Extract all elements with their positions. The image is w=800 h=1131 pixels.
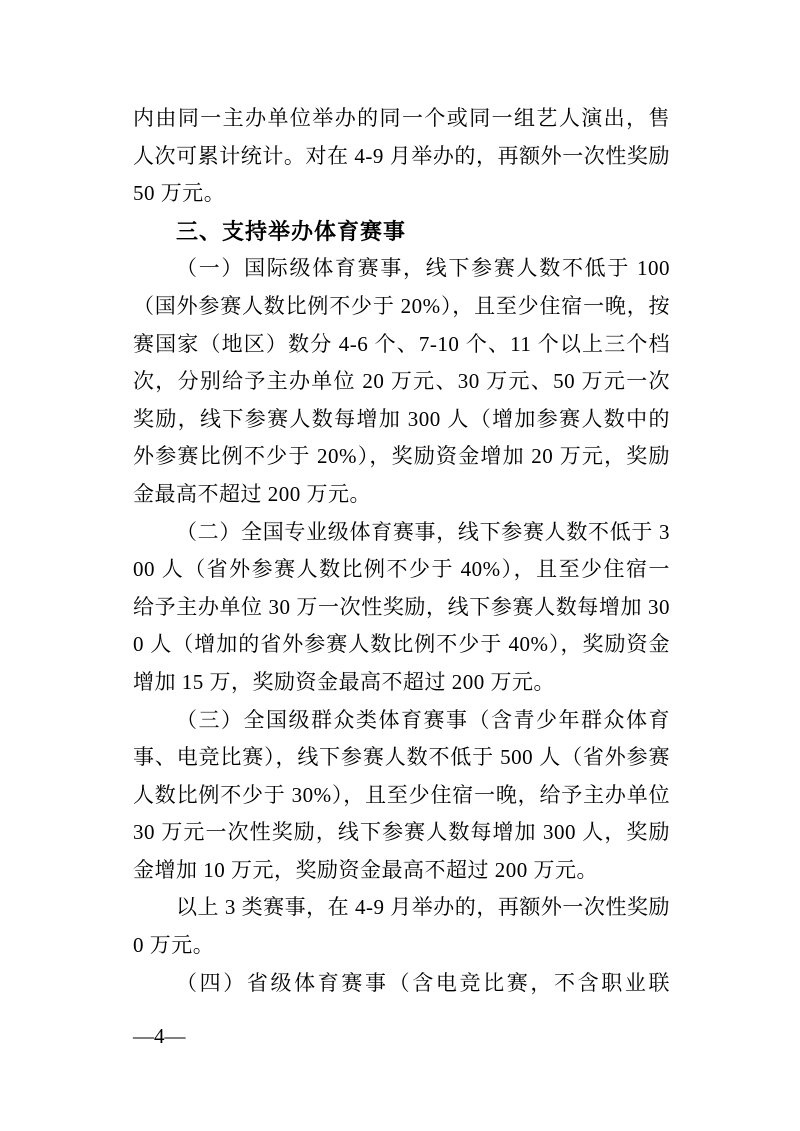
body-text-line: 0 人（增加的省外参赛人数比例不少于 40%），奖励资金 xyxy=(133,626,670,664)
body-text-line: 金增加 10 万元，奖励资金最高不超过 200 万元。 xyxy=(133,852,670,890)
body-text-line: 事、电竞比赛），线下参赛人数不低于 500 人（省外参赛 xyxy=(133,739,670,777)
body-text-line: 00 人（省外参赛人数比例不少于 40%），且至少住宿一晚， xyxy=(133,551,670,589)
body-text-line: 30 万元一次性奖励，线下参赛人数每增加 300 人，奖励资 xyxy=(133,814,670,852)
body-text-line: 赛国家（地区）数分 4-6 个、7-10 个、11 个以上三个档 xyxy=(133,326,670,364)
section-heading-line: 三、支持举办体育赛事 xyxy=(133,213,670,251)
document-page: 内由同一主办单位举办的同一个或同一组艺人演出，售票人次可累计统计。对在 4-9 … xyxy=(0,0,800,1131)
body-text-line: 金最高不超过 200 万元。 xyxy=(133,476,670,514)
body-text-line: （四）省级体育赛事（含电竞比赛，不含职业联赛、 xyxy=(133,965,670,1003)
page-number: —4— xyxy=(133,1021,186,1051)
body-text-line: 以上 3 类赛事，在 4-9 月举办的，再额外一次性奖励 3 xyxy=(133,889,670,927)
body-text-line: 内由同一主办单位举办的同一个或同一组艺人演出，售票 xyxy=(133,100,670,138)
body-text-line: 外参赛比例不少于 20%），奖励资金增加 20 万元，奖励资 xyxy=(133,438,670,476)
body-text-line: （一）国际级体育赛事，线下参赛人数不低于 100 人 xyxy=(133,250,670,288)
body-text-line: 次，分别给予主办单位 20 万元、30 万元、50 万元一次性 xyxy=(133,363,670,401)
body-text-line: （三）全国级群众类体育赛事（含青少年群众体育赛 xyxy=(133,702,670,740)
document-body: 内由同一主办单位举办的同一个或同一组艺人演出，售票人次可累计统计。对在 4-9 … xyxy=(133,100,670,1002)
body-text-line: 人数比例不少于 30%），且至少住宿一晚，给予主办单位 xyxy=(133,777,670,815)
body-text-line: 0 万元。 xyxy=(133,927,670,965)
body-text-line: 50 万元。 xyxy=(133,175,670,213)
body-text-line: 给予主办单位 30 万一次性奖励，线下参赛人数每增加 30 xyxy=(133,589,670,627)
body-text-line: 奖励，线下参赛人数每增加 300 人（增加参赛人数中的国 xyxy=(133,401,670,439)
body-text-line: （二）全国专业级体育赛事，线下参赛人数不低于 3 xyxy=(133,514,670,552)
body-text-line: 增加 15 万，奖励资金最高不超过 200 万元。 xyxy=(133,664,670,702)
body-text-line: （国外参赛人数比例不少于 20%），且至少住宿一晚，按参 xyxy=(133,288,670,326)
body-text-line: 人次可累计统计。对在 4-9 月举办的，再额外一次性奖励 xyxy=(133,138,670,176)
